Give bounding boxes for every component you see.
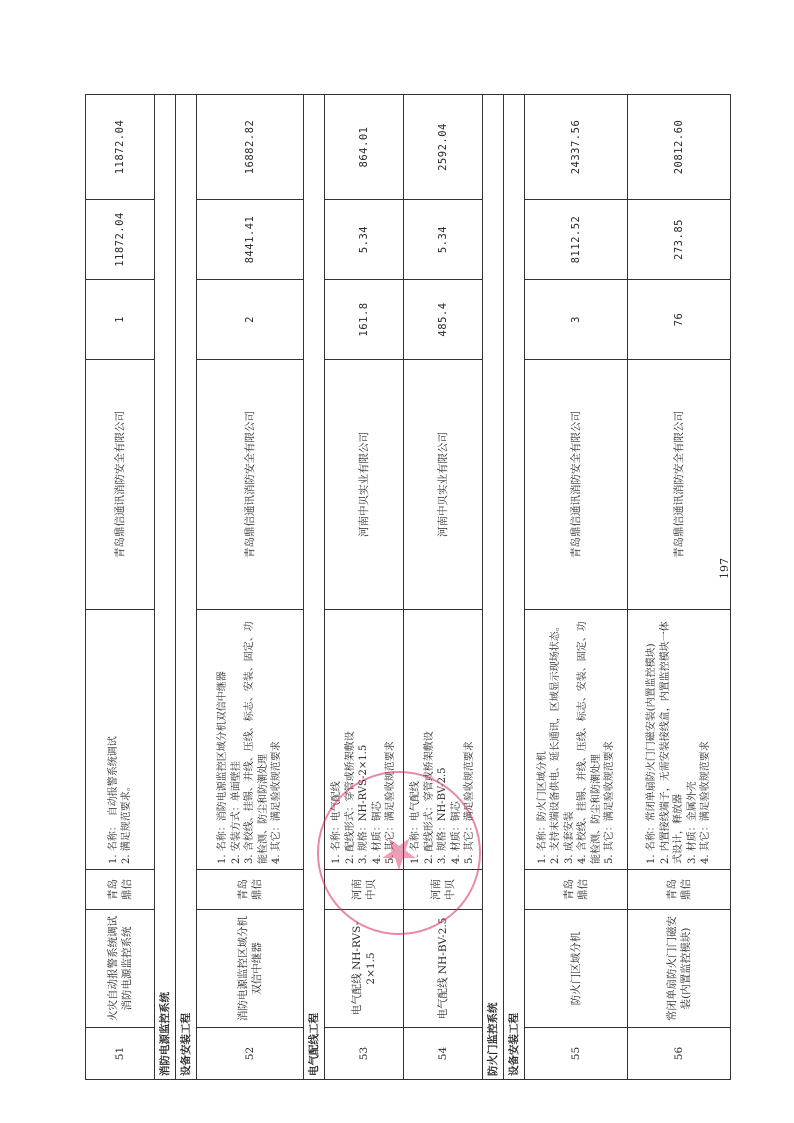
- item-name-line: 电气配线 NH-BV-2.5: [436, 914, 450, 1023]
- item-name-line: 常闭单扇防火门门磁安装(内置监控模块): [665, 914, 693, 1023]
- description-line: 1. 名称： 自动报警系统调试: [107, 615, 121, 864]
- item-name-line: 防火门区域分机: [569, 914, 583, 1023]
- section-header-row: 防火门监控系统: [483, 95, 504, 1080]
- item-quantity: 2: [197, 280, 304, 360]
- description-line: 1. 名称：消防电源监控区域分机双信中继器: [216, 615, 230, 864]
- description-line: 2. 满足规范要求。: [120, 615, 134, 864]
- item-name: 防火门区域分机: [525, 910, 628, 1028]
- table-row: 55防火门区域分机青岛鼎信1. 名称：防火门区域分机2. 支持末端设备供电、延长…: [525, 95, 628, 1080]
- item-name: 电气配线 NH-RVS-2×1.5: [325, 910, 404, 1028]
- section-label: 电气配线工程: [304, 95, 325, 1080]
- item-number: 55: [525, 1028, 628, 1080]
- item-total: 24337.56: [525, 95, 628, 200]
- item-number: 52: [197, 1028, 304, 1080]
- page-number: 197: [718, 558, 731, 579]
- description-line: 3. 含校线、挂锡、并线、压线、标志、安装、固定、功能检测、防尘和防潮处理: [243, 615, 270, 864]
- table-body: 51火灾自动报警系统调试消防电源监控系统青岛鼎信1. 名称： 自动报警系统调试2…: [86, 95, 731, 1080]
- description-line: 3. 规格：NH-BV-2.5: [436, 615, 450, 864]
- item-brand: 青岛鼎信: [628, 870, 731, 910]
- description-line: 5. 其它：满足验收规范要求: [384, 615, 398, 864]
- section-label: 设备安装工程: [504, 95, 525, 1080]
- description-line: 1. 名称：电气配线: [409, 615, 423, 864]
- item-total: 11872.04: [86, 95, 155, 200]
- item-name-line: 双信中继器: [250, 914, 264, 1023]
- item-unit-price: 5.34: [404, 200, 483, 280]
- item-name-line: 火灾自动报警系统调试: [106, 914, 120, 1023]
- section-label: 防火门监控系统: [483, 95, 504, 1080]
- item-name-line: 消防电源监控区域分机: [236, 914, 250, 1023]
- description-line: 4. 材质：铜芯: [450, 615, 464, 864]
- item-quantity: 485.4: [404, 280, 483, 360]
- bill-of-quantities-table: 51火灾自动报警系统调试消防电源监控系统青岛鼎信1. 名称： 自动报警系统调试2…: [85, 94, 731, 1080]
- description-line: 5. 其它：满足验收规范要求: [463, 615, 477, 864]
- item-brand: 青岛鼎信: [525, 870, 628, 910]
- description-line: 2. 安装方式：单面壁挂: [230, 615, 244, 864]
- item-brand: 青岛鼎信: [197, 870, 304, 910]
- item-total: 864.01: [325, 95, 404, 200]
- item-quantity: 3: [525, 280, 628, 360]
- item-quantity: 76: [628, 280, 731, 360]
- description-line: 4. 材质：铜芯: [371, 615, 385, 864]
- description-line: 5. 其它：满足验收规范要求: [603, 615, 617, 864]
- item-name: 常闭单扇防火门门磁安装(内置监控模块): [628, 910, 731, 1028]
- item-total: 2592.04: [404, 95, 483, 200]
- table-row: 52消防电源监控区域分机双信中继器青岛鼎信1. 名称：消防电源监控区域分机双信中…: [197, 95, 304, 1080]
- description-line: 2. 内置接线端子，无需安装接线盒，内置监控模块一体式设计，释放器: [659, 615, 686, 864]
- table-row: 54电气配线 NH-BV-2.5河南中贝1. 名称：电气配线2. 配线形式：穿管…: [404, 95, 483, 1080]
- item-total: 16882.82: [197, 95, 304, 200]
- rotated-table-sheet: 51火灾自动报警系统调试消防电源监控系统青岛鼎信1. 名称： 自动报警系统调试2…: [85, 95, 693, 1080]
- table-row: 56常闭单扇防火门门磁安装(内置监控模块)青岛鼎信1. 名称：常闭单扇防火门门磁…: [628, 95, 731, 1080]
- description-line: 3. 成套安装: [563, 615, 577, 864]
- item-brand: 河南中贝: [404, 870, 483, 910]
- item-number: 54: [404, 1028, 483, 1080]
- description-line: 1. 名称：常闭单扇防火门门磁安装(内置监控模块): [645, 615, 659, 864]
- section-header-row: 电气配线工程: [304, 95, 325, 1080]
- description-line: 4. 含校线、挂锡、并线、压线、标志、安装、固定、功能检测、防尘和防潮处理: [576, 615, 603, 864]
- item-description: 1. 名称：电气配线2. 配线形式：穿管或桥架敷设3. 规格：NH-RVS-2×…: [325, 610, 404, 870]
- item-name: 火灾自动报警系统调试消防电源监控系统: [86, 910, 155, 1028]
- item-name-line: 电气配线 NH-RVS-2×1.5: [350, 914, 378, 1023]
- description-line: 1. 名称：防火门区域分机: [536, 615, 550, 864]
- description-line: 2. 配线形式：穿管或桥架敷设: [423, 615, 437, 864]
- item-quantity: 1: [86, 280, 155, 360]
- item-brand: 青岛鼎信: [86, 870, 155, 910]
- description-line: 2. 配线形式：穿管或桥架敷设: [344, 615, 358, 864]
- item-name: 消防电源监控区域分机双信中继器: [197, 910, 304, 1028]
- item-description: 1. 名称：消防电源监控区域分机双信中继器2. 安装方式：单面壁挂3. 含校线、…: [197, 610, 304, 870]
- item-description: 1. 名称：常闭单扇防火门门磁安装(内置监控模块)2. 内置接线端子，无需安装接…: [628, 610, 731, 870]
- description-line: 3. 规格：NH-RVS-2×1.5: [357, 615, 371, 864]
- item-description: 1. 名称：防火门区域分机2. 支持末端设备供电、延长通讯，区域显示现场状态。3…: [525, 610, 628, 870]
- item-brand: 河南中贝: [325, 870, 404, 910]
- description-line: 3. 材质：金属外壳: [686, 615, 700, 864]
- item-manufacturer: 河南中贝实业有限公司: [404, 360, 483, 610]
- item-quantity: 161.8: [325, 280, 404, 360]
- item-unit-price: 273.85: [628, 200, 731, 280]
- item-number: 53: [325, 1028, 404, 1080]
- item-total: 20812.60: [628, 95, 731, 200]
- item-unit-price: 11872.04: [86, 200, 155, 280]
- item-unit-price: 8441.41: [197, 200, 304, 280]
- description-line: 4. 其它：满足验收规范要求: [699, 615, 713, 864]
- item-number: 51: [86, 1028, 155, 1080]
- item-description: 1. 名称： 自动报警系统调试2. 满足规范要求。: [86, 610, 155, 870]
- table-row: 53电气配线 NH-RVS-2×1.5河南中贝1. 名称：电气配线2. 配线形式…: [325, 95, 404, 1080]
- item-manufacturer: 青岛鼎信通讯消防安全有限公司: [197, 360, 304, 610]
- section-label: 设备安装工程: [176, 95, 197, 1080]
- item-description: 1. 名称：电气配线2. 配线形式：穿管或桥架敷设3. 规格：NH-BV-2.5…: [404, 610, 483, 870]
- item-manufacturer: 青岛鼎信通讯消防安全有限公司: [525, 360, 628, 610]
- description-line: 4. 其它：满足验收规范要求: [270, 615, 284, 864]
- item-unit-price: 5.34: [325, 200, 404, 280]
- item-name-line: 消防电源监控系统: [120, 914, 134, 1023]
- description-line: 2. 支持末端设备供电、延长通讯，区域显示现场状态。: [549, 615, 563, 864]
- item-manufacturer: 青岛鼎信通讯消防安全有限公司: [86, 360, 155, 610]
- section-label: 消防电源监控系统: [155, 95, 176, 1080]
- section-header-row: 消防电源监控系统: [155, 95, 176, 1080]
- description-line: 1. 名称：电气配线: [330, 615, 344, 864]
- item-number: 56: [628, 1028, 731, 1080]
- item-unit-price: 8112.52: [525, 200, 628, 280]
- item-manufacturer: 河南中贝实业有限公司: [325, 360, 404, 610]
- item-name: 电气配线 NH-BV-2.5: [404, 910, 483, 1028]
- table-row: 51火灾自动报警系统调试消防电源监控系统青岛鼎信1. 名称： 自动报警系统调试2…: [86, 95, 155, 1080]
- item-manufacturer: 青岛鼎信通讯消防安全有限公司: [628, 360, 731, 610]
- section-header-row: 设备安装工程: [504, 95, 525, 1080]
- section-header-row: 设备安装工程: [176, 95, 197, 1080]
